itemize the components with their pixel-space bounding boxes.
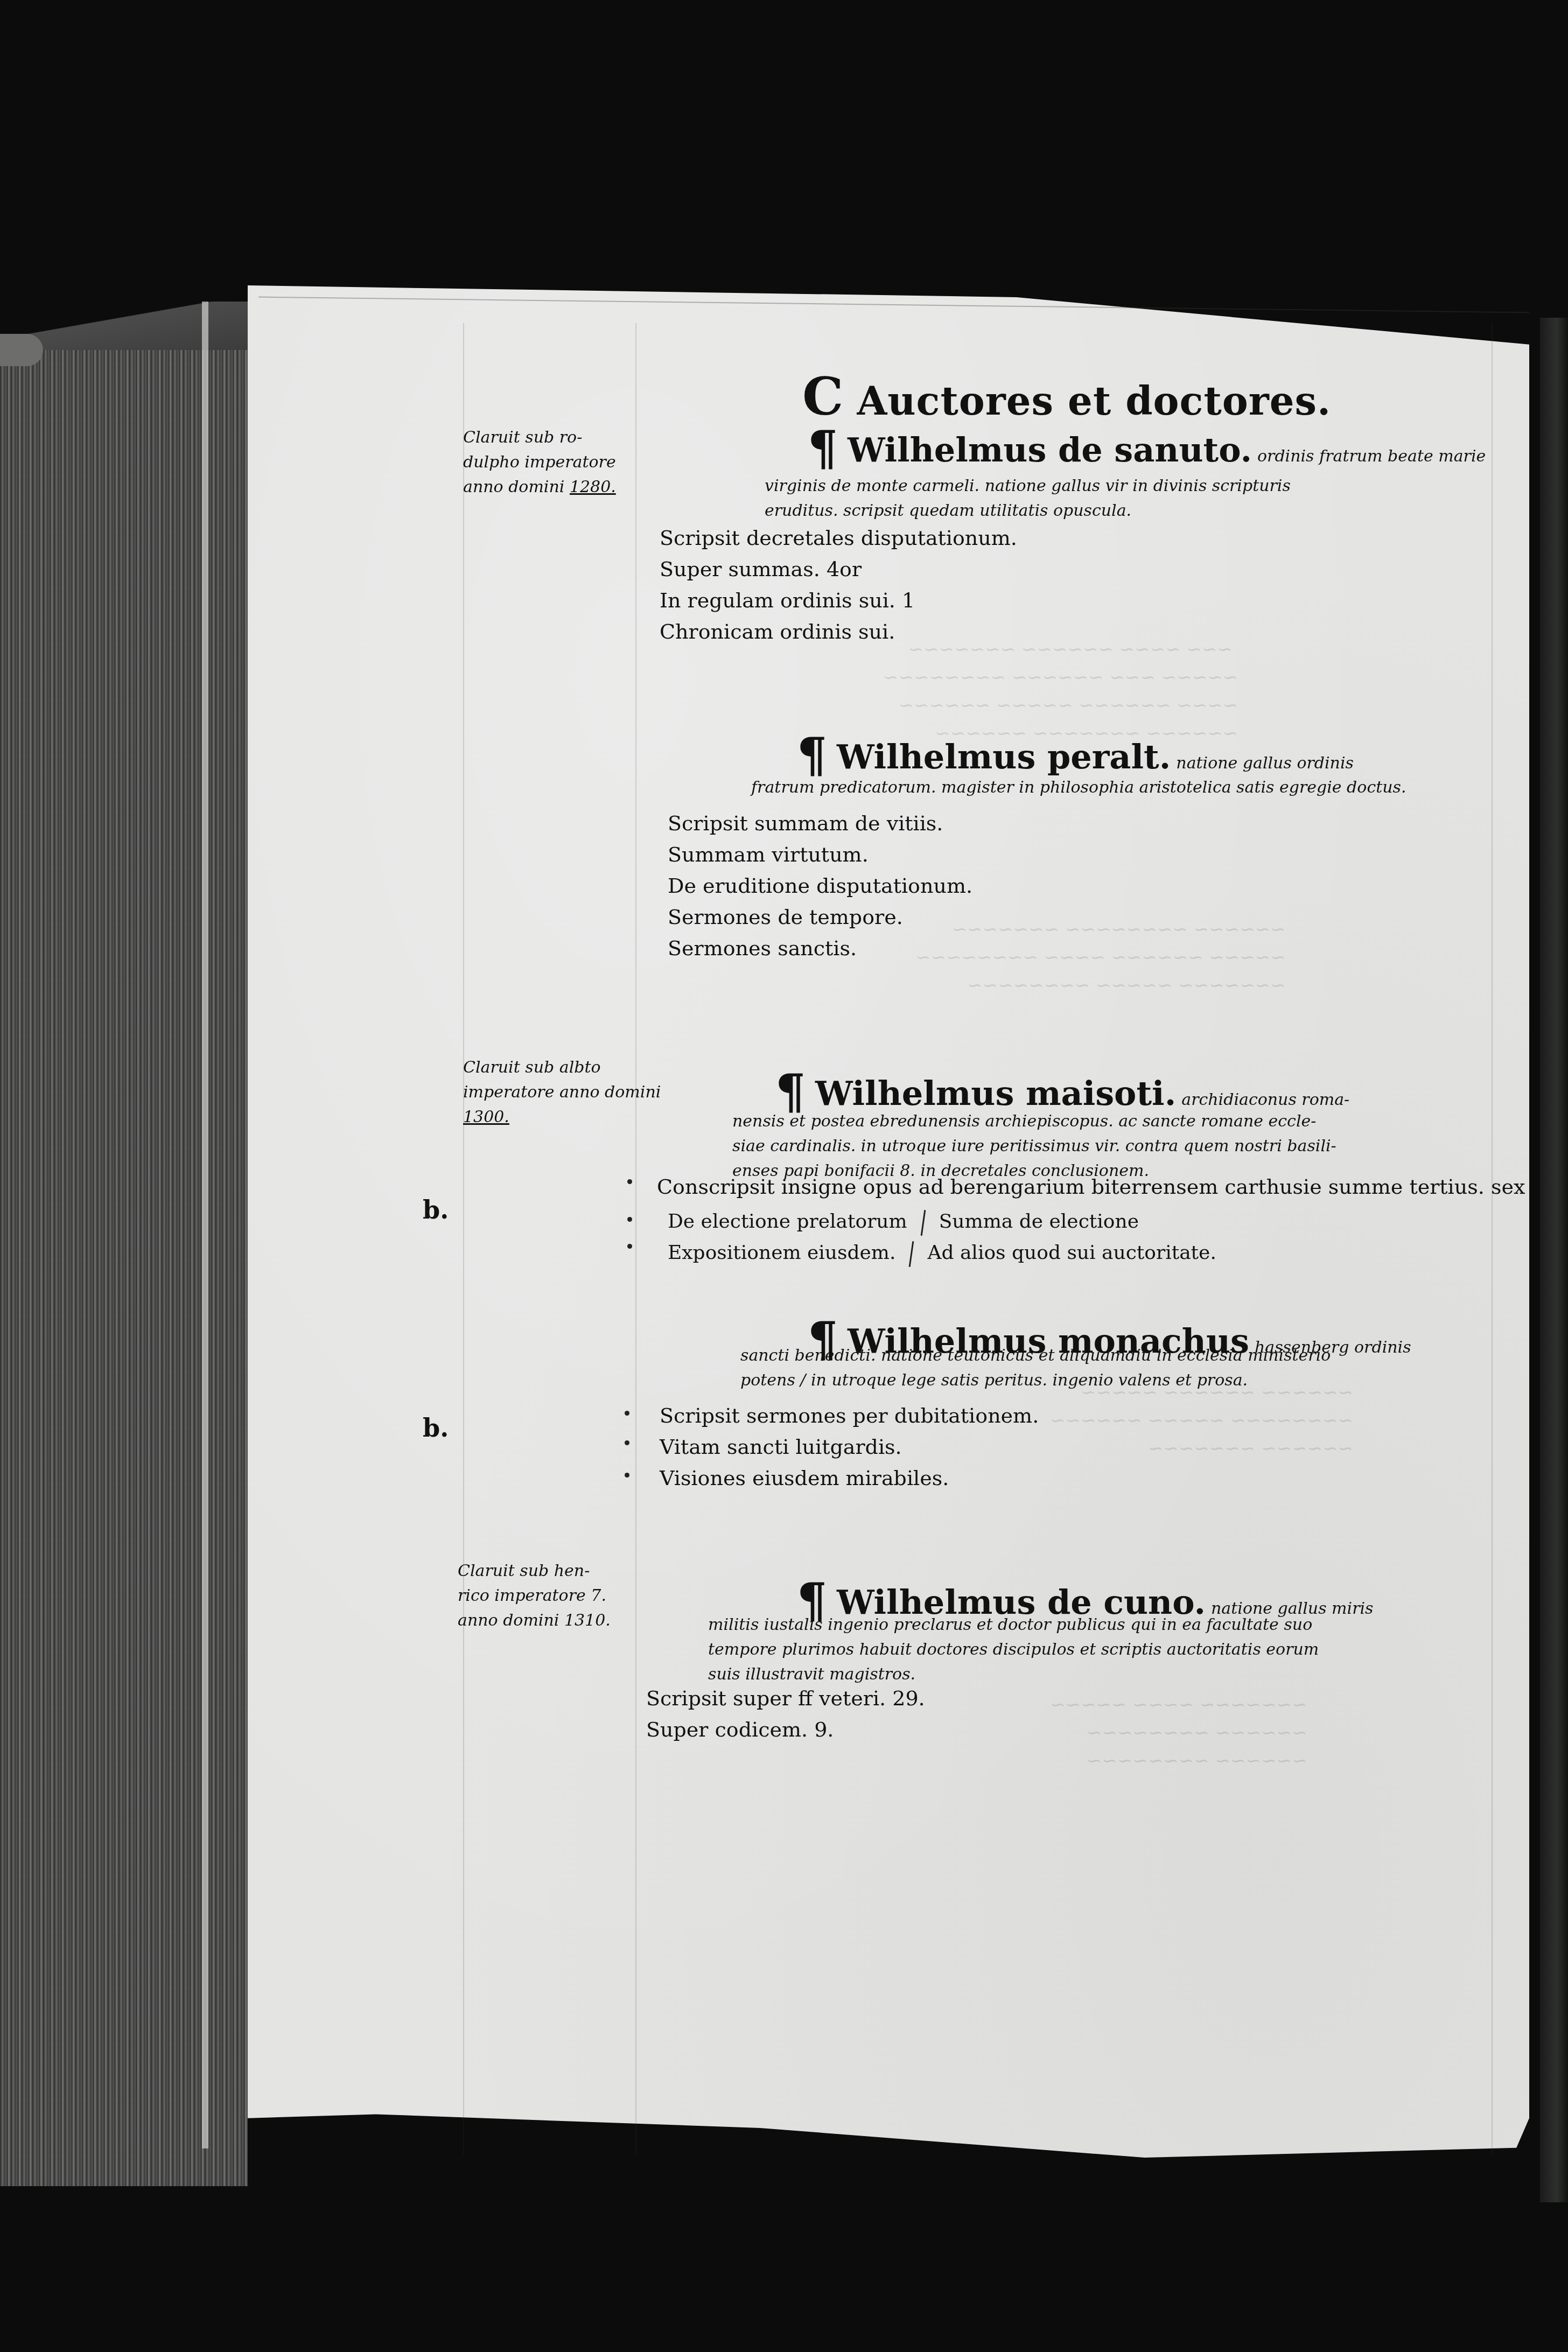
- author-name: Wilhelmus peralt.: [837, 737, 1171, 776]
- works-list-5: Scripsit super ff veteri. 29. Super codi…: [646, 1683, 925, 1745]
- book-page-edges: [0, 345, 248, 2186]
- binding-edge: [1540, 318, 1568, 2202]
- author-name: Wilhelmus de sanuto.: [848, 430, 1252, 470]
- book-cover-edge: [0, 334, 43, 366]
- entry-heading-2: ¶Wilhelmus peralt.natione gallus ordinis: [797, 727, 1354, 783]
- marginal-marker-b: b.: [423, 1195, 449, 1224]
- works-list-2: Scripsit summam de vitiis. Summam virtut…: [668, 808, 972, 964]
- entry-description-2: fratrum predicatorum. magister in philos…: [751, 775, 1406, 800]
- work-item: In regulam ordinis sui. 1: [660, 585, 1017, 616]
- work-item: Ad alios quod sui auctoritate.: [927, 1242, 1216, 1264]
- works-list-1: Scripsit decretales disputationum. Super…: [660, 522, 1017, 647]
- work-item: Summam virtutum.: [668, 839, 972, 870]
- works-list-3: Conscripsit insigne opus ad berengarium …: [657, 1171, 1525, 1202]
- pilcrow-icon: ¶: [808, 420, 838, 476]
- bullet-dot: [625, 1473, 629, 1478]
- pilcrow-icon: ¶: [797, 727, 827, 783]
- work-item: Vitam sancti luitgardis.: [660, 1431, 1039, 1462]
- entry-heading-1: ¶Wilhelmus de sanuto.ordinis fratrum bea…: [808, 420, 1486, 476]
- work-item: Visiones eiusdem mirabiles.: [660, 1462, 1039, 1494]
- work-item: Chronicam ordinis sui.: [660, 616, 1017, 647]
- author-name: Wilhelmus maisoti.: [815, 1074, 1176, 1113]
- page-heading: CAuctores et doctores.: [802, 366, 1331, 427]
- margin-note-entry-5: Claruit sub hen- rico imperatore 7. anno…: [458, 1559, 611, 1633]
- entry-description-5: militis iustalis ingenio preclarus et do…: [708, 1613, 1319, 1687]
- column-separator: [909, 1241, 914, 1267]
- works-list-4: Scripsit sermones per dubitationem. Vita…: [660, 1400, 1039, 1494]
- margin-note-entry-1: Claruit sub ro- dulpho imperatore anno d…: [463, 425, 616, 500]
- column-separator: [920, 1210, 926, 1236]
- work-item: Super codicem. 9.: [646, 1714, 925, 1745]
- right-ruling-line: [1492, 323, 1493, 2154]
- marginal-marker-b: b.: [423, 1413, 449, 1443]
- margin-ruling-line: [463, 323, 464, 2154]
- work-item: Super summas. 4or: [660, 554, 1017, 585]
- margin-note-entry-3: Claruit sub albto imperatore anno domini…: [463, 1055, 661, 1130]
- work-item: Conscripsit insigne opus ad berengarium …: [657, 1171, 1525, 1202]
- work-item: Summa de electione: [939, 1210, 1139, 1233]
- work-item: Scripsit summam de vitiis.: [668, 808, 972, 839]
- heading-text: Auctores et doctores.: [857, 378, 1331, 424]
- work-item: Scripsit super ff veteri. 29.: [646, 1683, 925, 1714]
- works-list-3-columns: De electione prelatorumSumma de election…: [668, 1206, 1216, 1269]
- work-item: De electione prelatorum: [668, 1210, 907, 1233]
- bullet-dot: [627, 1244, 632, 1249]
- heading-initial: C: [802, 366, 844, 427]
- entry-description-4: sancti benedicti. natione teutonicus et …: [740, 1343, 1331, 1393]
- work-item: Expositionem eiusdem.: [668, 1242, 895, 1264]
- work-item: De eruditione disputationum.: [668, 870, 972, 901]
- work-item: Sermones sanctis.: [668, 933, 972, 964]
- work-item: Sermones de tempore.: [668, 901, 972, 933]
- margin-ruling-line-2: [635, 323, 636, 2154]
- entry-description-1: virginis de monte carmeli. natione gallu…: [765, 474, 1291, 523]
- work-item: Scripsit sermones per dubitationem.: [660, 1400, 1039, 1431]
- bullet-dot: [625, 1440, 629, 1445]
- bullet-dot: [627, 1217, 632, 1222]
- page-edge-highlight: [202, 302, 208, 2148]
- bleed-through-text-4: ~~~~~~~ ~~~~ ~~~~~~~~~~~ ~~~~~~~~~~~~~~ …: [1050, 1691, 1307, 1775]
- bullet-dot: [625, 1411, 629, 1416]
- work-item: Scripsit decretales disputationum.: [660, 522, 1017, 554]
- bullet-dot: [627, 1179, 632, 1184]
